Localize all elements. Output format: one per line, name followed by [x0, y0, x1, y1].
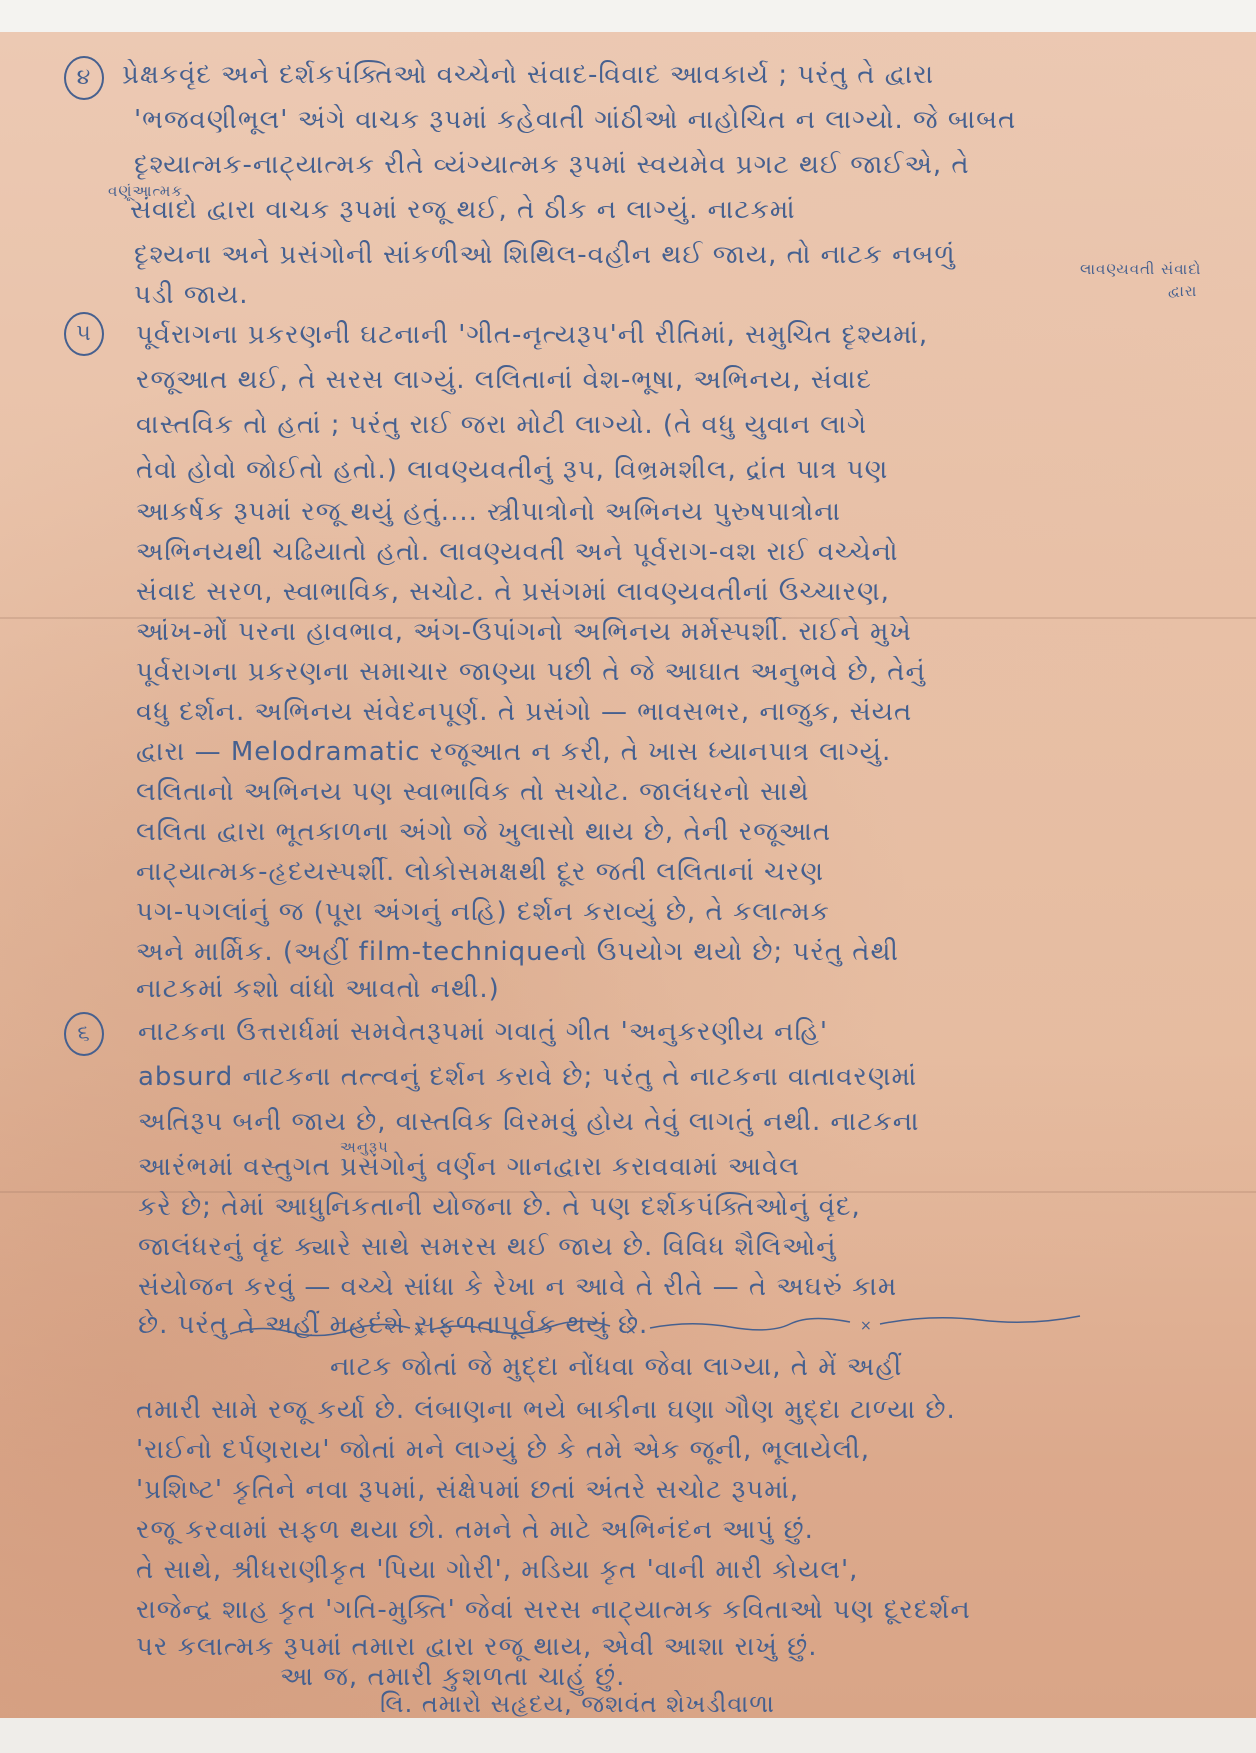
- text-line: આરંભમાં વસ્તુગત પ્રસંગોનું વર્ણન ગાનદ્વા…: [138, 1152, 800, 1183]
- text-line: વધુ દર્શન. અભિનય સંવેદનપૂર્ણ. તે પ્રસંગો…: [136, 697, 912, 728]
- text-line: અને માર્મિક. (અહીં film-techniqueનો ઉપયો…: [136, 937, 899, 968]
- margin-annotation: લાવણ્યવતી સંવાદો: [1080, 260, 1201, 278]
- text-line: નાટકના ઉત્તરાર્ધમાં સમવેતરૂપમાં ગવાતું ગ…: [138, 1017, 828, 1048]
- text-line: આ જ, તમારી કુશળતા ચાહું છું.: [280, 1662, 625, 1693]
- section-divider: × × ×: [230, 1312, 1100, 1342]
- scan-top-margin: [0, 0, 1256, 32]
- text-line: પડી જાય.: [134, 280, 249, 311]
- text-line: નાટ્યાત્મક-હૃદયસ્પર્શી. લોકોસમક્ષથી દૂર …: [136, 857, 824, 888]
- wavy-divider-icon: × × ×: [230, 1312, 1100, 1342]
- text-line: પર કલાત્મક રૂપમાં તમારા દ્વારા રજૂ થાય, …: [136, 1632, 817, 1663]
- text-line: 'ભજવણીભૂલ' અંગે વાચક રૂપમાં કહેવાતી ગાંઠ…: [134, 105, 1016, 136]
- text-line: પૂર્વરાગના પ્રકરણની ઘટનાની 'ગીત-નૃત્યરૂપ…: [136, 320, 928, 351]
- text-line: તે સાથે, શ્રીધરાણીકૃત 'પિયા ગોરી', મડિયા…: [136, 1555, 858, 1586]
- text-line: અભિનયથી ચઢિયાતો હતો. લાવણ્યવતી અને પૂર્વ…: [136, 537, 899, 568]
- text-line: જાલંધરનું વૃંદ ક્યારે સાથે સમરસ થઈ જાય છ…: [138, 1232, 837, 1263]
- text-line: સંયોજન કરવું — વચ્ચે સાંધા કે રેખા ન આવે…: [138, 1272, 897, 1303]
- text-line: દૃશ્યના અને પ્રસંગોની સાંકળીઓ શિથિલ-વહીન…: [134, 240, 956, 271]
- text-line: રજૂ કરવામાં સફળ થયા છો. તમને તે માટે અભિ…: [136, 1515, 814, 1546]
- margin-annotation: દ્વારા: [1168, 282, 1197, 300]
- text-line: પગ-પગલાંનું જ (પૂરા અંગનું નહિ) દર્શન કર…: [136, 897, 830, 928]
- cross-mark: ×: [625, 1322, 637, 1338]
- text-line: પૂર્વરાગના પ્રકરણના સમાચાર જાણ્યા પછી તે…: [136, 657, 926, 688]
- text-line: વાસ્તવિક તો હતાં ; પરંતુ રાઈ જરા મોટી લા…: [136, 410, 867, 441]
- paragraph-number-badge: ૬: [64, 1012, 104, 1056]
- cross-mark: ×: [860, 1318, 872, 1334]
- text-line: 'રાઈનો દર્પણરાય' જોતાં મને લાગ્યું છે કે…: [136, 1435, 870, 1466]
- text-line: આકર્ષક રૂપમાં રજૂ થયું હતું.... સ્ત્રીપા…: [136, 497, 841, 528]
- text-line: લલિતા દ્વારા ભૂતકાળના અંગો જે ખુલાસો થાય…: [136, 817, 831, 848]
- paragraph-number-badge: ૪: [64, 56, 104, 100]
- scan-bottom-margin: [0, 1718, 1256, 1753]
- text-line: કરે છે; તેમાં આધુનિકતાની યોજના છે. તે પણ…: [138, 1192, 861, 1223]
- text-line: 'પ્રશિષ્ટ' કૃતિને નવા રૂપમાં, સંક્ષેપમાં…: [136, 1475, 799, 1506]
- text-line: રાજેન્દ્ર શાહ કૃત 'ગતિ-મુક્તિ' જેવાં સરસ…: [136, 1595, 971, 1626]
- text-line: નાટક જોતાં જે મુદ્દા નોંધવા જેવા લાગ્યા,…: [330, 1352, 902, 1383]
- text-line: દ્વારા — Melodramatic રજૂઆત ન કરી, તે ખા…: [136, 737, 891, 768]
- text-line: રજૂઆત થઈ, તે સરસ લાગ્યું. લલિતાનાં વેશ-ભ…: [136, 365, 872, 396]
- text-line: તમારી સામે રજૂ કર્યા છે. લંબાણના ભયે બાક…: [136, 1395, 956, 1426]
- text-line: absurd નાટકના તત્ત્વનું દર્શન કરાવે છે; …: [138, 1062, 917, 1093]
- text-line: આંખ-મોં પરના હાવભાવ, અંગ-ઉપાંગનો અભિનય મ…: [136, 617, 912, 648]
- text-line: પ્રેક્ષકવૃંદ અને દર્શકપંક્તિઓ વચ્ચેનો સં…: [122, 60, 934, 91]
- text-line: દૃશ્યાત્મક-નાટ્યાત્મક રીતે વ્યંગ્યાત્મક …: [134, 150, 970, 181]
- paragraph-number-badge: ૫: [64, 312, 104, 356]
- text-line: સંવાદ સરળ, સ્વાભાવિક, સચોટ. તે પ્રસંગમાં…: [136, 577, 890, 608]
- text-line: નાટકમાં કશો વાંધો આવતો નથી.): [136, 974, 500, 1005]
- text-line: સંવાદો દ્વારા વાચક રૂપમાં રજૂ થઈ, તે ઠીક…: [130, 195, 796, 226]
- text-line: અતિરૂપ બની જાય છે, વાસ્તવિક વિરમવું હોય …: [138, 1107, 920, 1138]
- text-line: તેવો હોવો જોઈતો હતો.) લાવણ્યવતીનું રૂપ, …: [136, 455, 888, 486]
- text-line: લલિતાનો અભિનય પણ સ્વાભાવિક તો સચોટ. જાલં…: [136, 777, 809, 808]
- signature: લિ. તમારો સહૃદય, જશવંત શેખડીવાળા: [380, 1690, 775, 1718]
- cross-mark: ×: [413, 1324, 425, 1340]
